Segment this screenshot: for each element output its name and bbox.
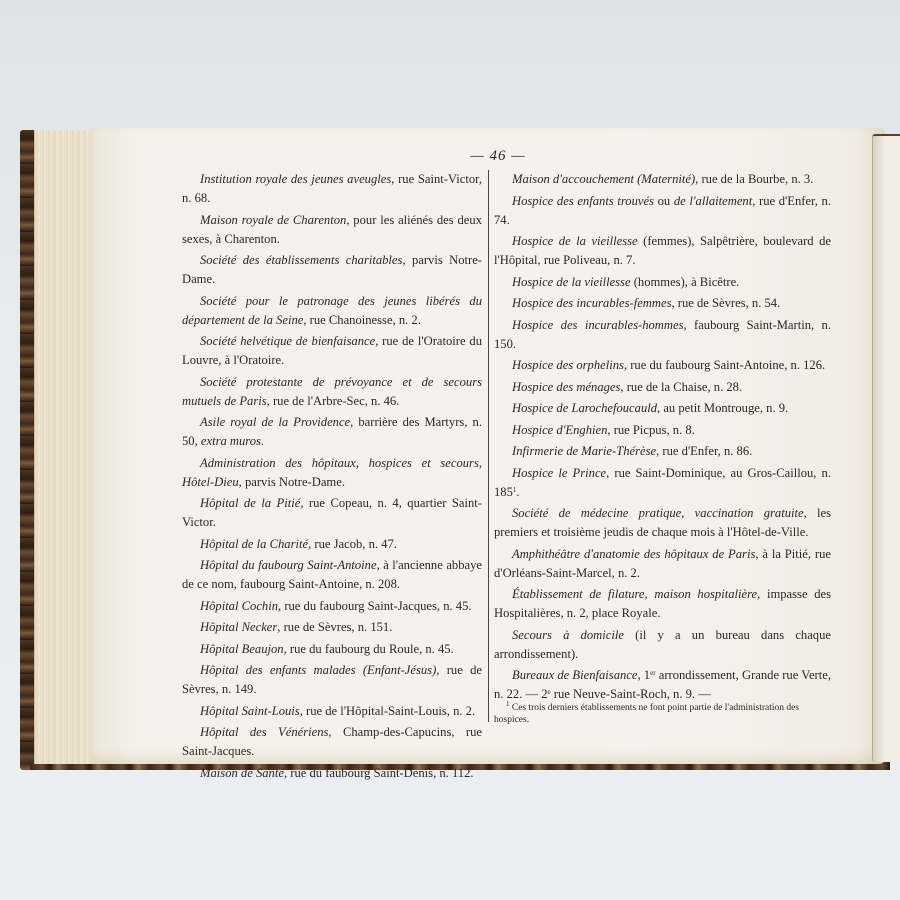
list-item: Maison de Santé, rue du faubourg Saint-D… xyxy=(182,764,482,783)
address-text: , rue du faubourg Saint-Antoine, n. 126. xyxy=(624,358,825,372)
institution-name: de l'allaitement xyxy=(674,194,752,208)
list-item: Société protestante de prévoyance et de … xyxy=(182,373,482,411)
address-text: , rue Jacob, n. 47. xyxy=(308,537,397,551)
address-text: , rue de l'Arbre-Sec, n. 46. xyxy=(267,394,400,408)
institution-name: Secours à domicile xyxy=(512,628,624,642)
list-item: Société de médecine pratique, vaccinatio… xyxy=(494,504,831,542)
list-item: Infirmerie de Marie-Thérèse, rue d'Enfer… xyxy=(494,442,831,461)
address-text: , rue d'Enfer, n. 86. xyxy=(656,444,752,458)
institution-name: Société helvétique de bienfaisance xyxy=(200,334,375,348)
institution-name: Hospice des incurables-femmes xyxy=(512,296,671,310)
list-item: Amphithéâtre d'anatomie des hôpitaux de … xyxy=(494,545,831,583)
institution-name: Établissement de filature, maison hospit… xyxy=(512,587,757,601)
list-item: Hospice des enfants trouvés ou de l'alla… xyxy=(494,192,831,230)
address-text: , 1 xyxy=(637,668,650,682)
list-item: Hospice de la vieillesse (femmes), Salpê… xyxy=(494,232,831,270)
footnote-text: Ces trois derniers établissements ne fon… xyxy=(494,703,799,725)
institution-name: Hospice de la vieillesse xyxy=(512,234,638,248)
list-item: Société helvétique de bienfaisance, rue … xyxy=(182,332,482,370)
list-item: Hôpital de la Charité, rue Jacob, n. 47. xyxy=(182,535,482,554)
right-column: Maison d'accouchement (Maternité), rue d… xyxy=(494,170,831,707)
institution-name: Maison d'accouchement (Maternité) xyxy=(512,172,695,186)
list-item: Hôpital des Vénériens, Champ-des-Capucin… xyxy=(182,723,482,761)
institution-name: Hôpital de la Pitié xyxy=(200,496,300,510)
list-item: Hospice des incurables-femmes, rue de Sè… xyxy=(494,294,831,313)
institution-name: Société de médecine pratique, vaccinatio… xyxy=(512,506,804,520)
institution-name: Hospice des incurables-hommes xyxy=(512,318,683,332)
institution-name: Hospice des orphelins xyxy=(512,358,624,372)
institution-name: Maison de Santé xyxy=(200,766,284,780)
institution-name: Hôpital Cochin xyxy=(200,599,278,613)
list-item: Maison d'accouchement (Maternité), rue d… xyxy=(494,170,831,189)
institution-name: Maison royale de Charenton xyxy=(200,213,346,227)
institution-name: Société des établissements charitables xyxy=(200,253,402,267)
address-text: , rue de l'Hôpital-Saint-Louis, n. 2. xyxy=(300,704,475,718)
institution-name: Infirmerie de Marie-Thérèse xyxy=(512,444,656,458)
institution-name: Hospice de la vieillesse xyxy=(512,275,631,289)
institution-name: Institution royale des jeunes aveugles xyxy=(200,172,391,186)
institution-name: Hôpital de la Charité xyxy=(200,537,308,551)
address-text: ou xyxy=(654,194,674,208)
institution-name: Hospice de Larochefoucauld xyxy=(512,401,657,415)
list-item: Hospice de Larochefoucauld, au petit Mon… xyxy=(494,399,831,418)
list-item: Hôpital de la Pitié, rue Copeau, n. 4, q… xyxy=(182,494,482,532)
column-divider xyxy=(488,170,489,722)
list-item: Société des établissements charitables, … xyxy=(182,251,482,289)
list-item: Hôpital des enfants malades (Enfant-Jésu… xyxy=(182,661,482,699)
address-text: , parvis Notre-Dame. xyxy=(239,475,345,489)
address-text: , rue du faubourg du Roule, n. 45. xyxy=(284,642,454,656)
address-text: , rue Chanoinesse, n. 2. xyxy=(303,313,421,327)
institution-name: Hôpital du faubourg Saint-Antoine xyxy=(200,558,377,572)
list-item: Hospice de la vieillesse (hommes), à Bic… xyxy=(494,273,831,292)
institution-name: Hôpital Beaujon xyxy=(200,642,284,656)
list-item: Hôpital Cochin, rue du faubourg Saint-Ja… xyxy=(182,597,482,616)
institution-name: Hôpital des enfants malades (Enfant-Jésu… xyxy=(200,663,436,677)
institution-name: Hospice des ménages xyxy=(512,380,620,394)
list-item: Société pour le patronage des jeunes lib… xyxy=(182,292,482,330)
address-text: , rue du faubourg Saint-Denis, n. 112. xyxy=(284,766,474,780)
institution-name: Hôpital des Vénériens xyxy=(200,725,328,739)
list-item: Hôpital Beaujon, rue du faubourg du Roul… xyxy=(182,640,482,659)
institution-name: extra muros. xyxy=(201,434,264,448)
address-text: , rue du faubourg Saint-Jacques, n. 45. xyxy=(278,599,472,613)
institution-name: Asile royal de la Providence xyxy=(200,415,350,429)
address-text: , rue de Sèvres, n. 54. xyxy=(671,296,780,310)
address-text: rue Neuve-Saint-Roch, n. 9. — xyxy=(551,687,711,701)
address-text: , rue de la Bourbe, n. 3. xyxy=(695,172,813,186)
list-item: Hôpital Necker, rue de Sèvres, n. 151. xyxy=(182,618,482,637)
list-item: Hospice des ménages, rue de la Chaise, n… xyxy=(494,378,831,397)
left-column: Institution royale des jeunes aveugles, … xyxy=(182,170,482,785)
footnote-marker: 1 xyxy=(506,700,510,708)
institution-name: Hospice des enfants trouvés xyxy=(512,194,654,208)
page-stack-edges xyxy=(34,130,95,764)
institution-name: Bureaux de Bienfaisance xyxy=(512,668,637,682)
list-item: Institution royale des jeunes aveugles, … xyxy=(182,170,482,208)
institution-name: Amphithéâtre d'anatomie des hôpitaux de … xyxy=(512,547,755,561)
page-number: — 46 — xyxy=(458,148,538,165)
address-text: (hommes), à Bicêtre. xyxy=(631,275,740,289)
institution-name: Hospice d'Enghien xyxy=(512,423,607,437)
list-item: Hôpital Saint-Louis, rue de l'Hôpital-Sa… xyxy=(182,702,482,721)
address-text: , rue de Sèvres, n. 151. xyxy=(277,620,392,634)
institution-name: Hôpital Saint-Louis xyxy=(200,704,300,718)
list-item: Hospice des orphelins, rue du faubourg S… xyxy=(494,356,831,375)
institution-name: Hospice le Prince xyxy=(512,466,606,480)
list-item: Asile royal de la Providence, barrière d… xyxy=(182,413,482,451)
footnote: 1 Ces trois derniers établissements ne f… xyxy=(494,702,831,726)
address-text: , rue Picpus, n. 8. xyxy=(607,423,694,437)
list-item: Établissement de filature, maison hospit… xyxy=(494,585,831,623)
list-item: Secours à domicile (il y a un bureau dan… xyxy=(494,626,831,664)
address-text: , au petit Montrouge, n. 9. xyxy=(657,401,788,415)
list-item: Hospice d'Enghien, rue Picpus, n. 8. xyxy=(494,421,831,440)
list-item: Administration des hôpitaux, hospices et… xyxy=(182,454,482,492)
facing-page-edge xyxy=(872,134,900,762)
institution-name: Hôpital Necker xyxy=(200,620,277,634)
list-item: Hospice des incurables-hommes, faubourg … xyxy=(494,316,831,354)
list-item: Hôpital du faubourg Saint-Antoine, à l'a… xyxy=(182,556,482,594)
list-item: Bureaux de Bienfaisance, 1er arrondissem… xyxy=(494,666,831,704)
list-item: Hospice le Prince, rue Saint-Dominique, … xyxy=(494,464,831,502)
address-text: , rue de la Chaise, n. 28. xyxy=(620,380,742,394)
list-item: Maison royale de Charenton, pour les ali… xyxy=(182,211,482,249)
address-text: . xyxy=(516,485,519,499)
